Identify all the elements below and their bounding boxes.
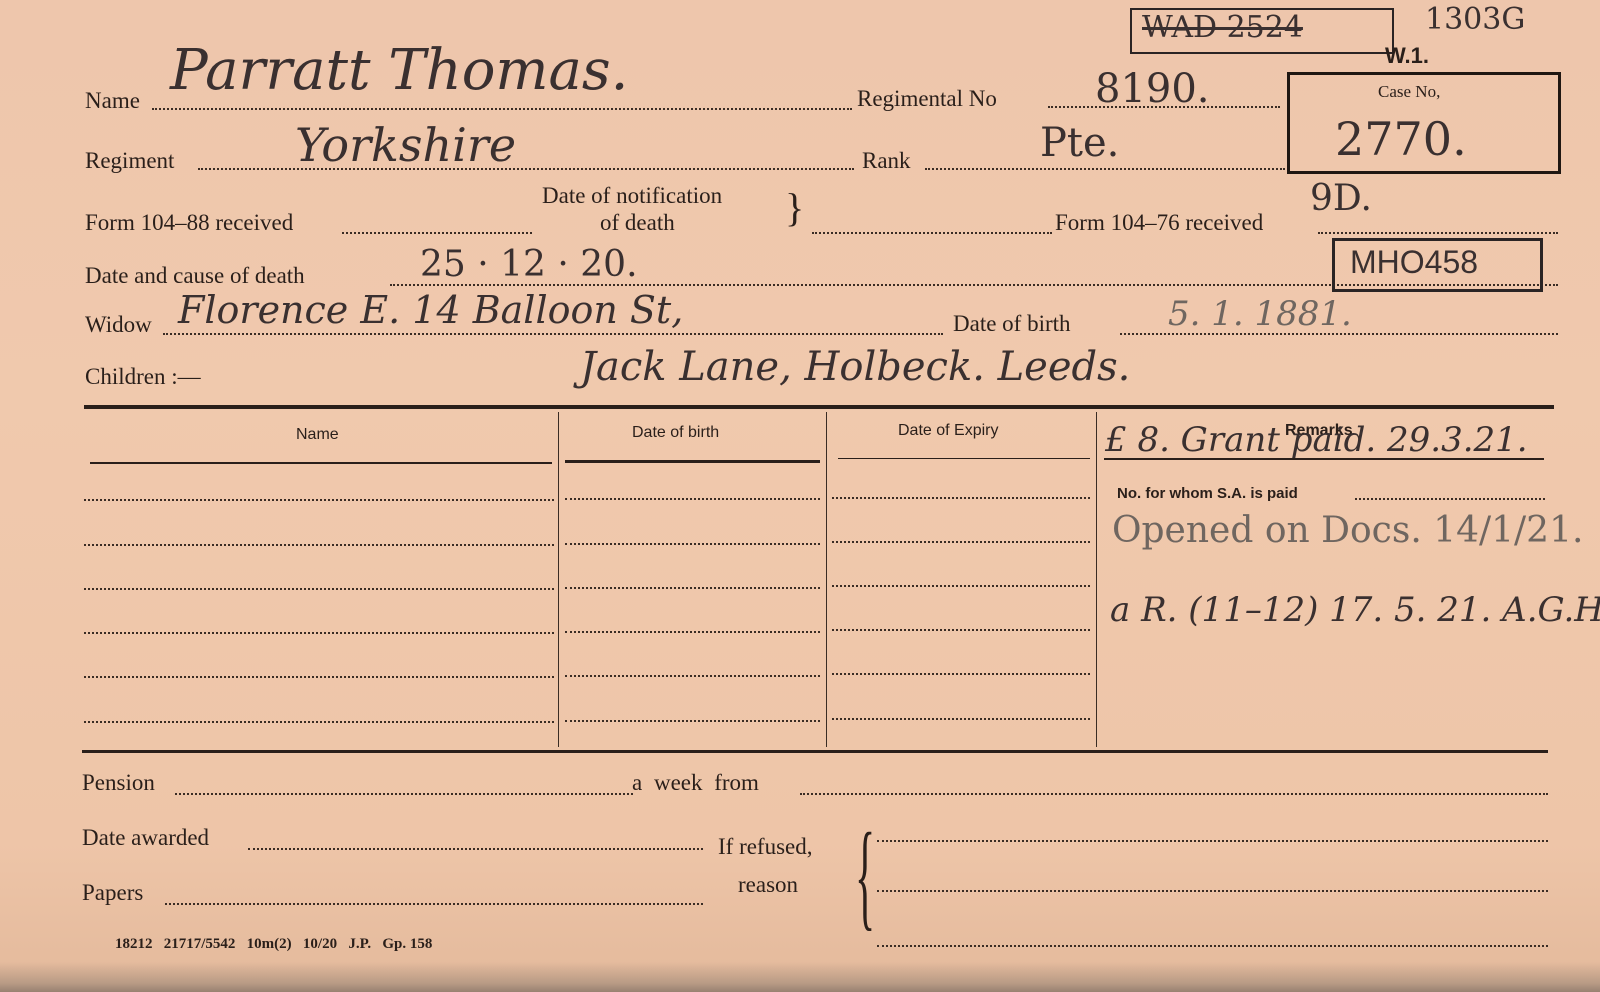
child-row-1-expiry bbox=[832, 497, 1090, 499]
col-divider-2 bbox=[826, 412, 827, 747]
reason-label: reason bbox=[738, 872, 798, 898]
child-row-4-name bbox=[84, 632, 554, 634]
child-row-3-name bbox=[84, 588, 554, 590]
remarks-underline bbox=[1104, 458, 1544, 460]
name-line bbox=[152, 108, 852, 110]
widow-line bbox=[163, 333, 943, 335]
form-104-88-line bbox=[342, 232, 532, 234]
dob-header-rule bbox=[565, 460, 820, 463]
child-row-1-dob bbox=[565, 498, 820, 500]
address-line: Jack Lane, Holbeck. Leeds. bbox=[580, 344, 1130, 390]
refused-line-3 bbox=[877, 945, 1548, 947]
form-104-76-value: 9D. bbox=[1310, 178, 1372, 219]
child-row-4-dob bbox=[565, 631, 820, 633]
papers-label: Papers bbox=[82, 880, 143, 906]
remarks-ar-line: a R. (11–12) 17. 5. 21. A.G.H. bbox=[1110, 590, 1600, 630]
week-from-line bbox=[800, 793, 1548, 795]
child-row-6-name bbox=[84, 721, 554, 723]
regimental-no-label: Regimental No bbox=[857, 86, 997, 112]
widow-value: Florence E. 14 Balloon St, bbox=[178, 288, 683, 332]
pension-record-card: WAD 2524 1303G W.1. Case No, 2770. Name … bbox=[0, 0, 1600, 992]
stamp-reference: MHO458 bbox=[1350, 244, 1478, 281]
notification-label-line2: of death bbox=[600, 210, 675, 236]
child-row-5-name bbox=[84, 676, 554, 678]
struck-reference: WAD 2524 bbox=[1142, 10, 1303, 45]
name-value: Parratt Thomas. bbox=[170, 38, 628, 103]
child-row-2-expiry bbox=[832, 541, 1090, 543]
regiment-value: Yorkshire bbox=[295, 118, 516, 172]
name-header-rule bbox=[90, 462, 552, 464]
week-from-label: a week from bbox=[632, 770, 759, 796]
rank-label: Rank bbox=[862, 148, 911, 174]
widow-dob-value: 5. 1. 1881. bbox=[1168, 294, 1352, 334]
widow-dob-label: Date of birth bbox=[953, 311, 1071, 337]
date-awarded-label: Date awarded bbox=[82, 825, 209, 851]
notification-label-line1: Date of notification bbox=[542, 183, 722, 209]
refused-brace: { bbox=[855, 810, 875, 940]
case-number-label: Case No, bbox=[1378, 82, 1440, 102]
notification-brace: } bbox=[785, 186, 804, 230]
pension-label: Pension bbox=[82, 770, 155, 796]
notification-line bbox=[812, 232, 1052, 234]
name-label: Name bbox=[85, 88, 140, 114]
regimental-no-value: 8190. bbox=[1095, 66, 1210, 112]
children-col-dob-header: Date of birth bbox=[632, 424, 719, 442]
death-label: Date and cause of death bbox=[85, 263, 305, 289]
remarks-opened-line: Opened on Docs. 14/1/21. bbox=[1112, 510, 1583, 551]
child-row-2-dob bbox=[565, 543, 820, 545]
rank-value: Pte. bbox=[1040, 120, 1119, 166]
edge-stain bbox=[0, 962, 1600, 992]
col-divider-1 bbox=[558, 412, 559, 747]
refused-line-2 bbox=[877, 890, 1548, 892]
child-row-1-name bbox=[84, 499, 554, 501]
regiment-label: Regiment bbox=[85, 148, 174, 174]
child-row-2-name bbox=[84, 544, 554, 546]
form-104-76-line bbox=[1318, 232, 1558, 234]
table-bottom-rule bbox=[82, 750, 1548, 753]
child-row-5-dob bbox=[565, 675, 820, 677]
date-awarded-line bbox=[248, 848, 703, 850]
table-top-rule bbox=[84, 405, 1554, 409]
death-value: 25 · 12 · 20. bbox=[420, 244, 638, 285]
form-104-88-label: Form 104–88 received bbox=[85, 210, 293, 236]
top-reference-note: 1303G bbox=[1425, 2, 1525, 37]
children-label: Children :— bbox=[85, 364, 201, 390]
refused-line-1 bbox=[877, 840, 1548, 842]
papers-line bbox=[165, 903, 703, 905]
print-code: 18212 21717/5542 10m(2) 10/20 J.P. Gp. 1… bbox=[115, 936, 432, 953]
if-refused-label: If refused, bbox=[718, 834, 813, 860]
form-code: W.1. bbox=[1385, 43, 1429, 69]
children-col-name-header: Name bbox=[296, 426, 339, 444]
pension-line bbox=[175, 793, 633, 795]
widow-label: Widow bbox=[85, 312, 152, 338]
col-divider-3 bbox=[1096, 412, 1097, 747]
child-row-5-expiry bbox=[832, 673, 1090, 675]
remarks-grant-line: £ 8. Grant paid. 29.3.21. bbox=[1105, 420, 1528, 460]
child-row-4-expiry bbox=[832, 629, 1090, 631]
child-row-6-dob bbox=[565, 720, 820, 722]
child-row-3-expiry bbox=[832, 585, 1090, 587]
rank-line bbox=[925, 168, 1285, 170]
case-number-value: 2770. bbox=[1335, 112, 1467, 166]
sa-paid-line bbox=[1355, 498, 1545, 500]
child-row-3-dob bbox=[565, 587, 820, 589]
sa-paid-label: No. for whom S.A. is paid bbox=[1117, 485, 1298, 502]
child-row-6-expiry bbox=[832, 718, 1090, 720]
form-104-76-label: Form 104–76 received bbox=[1055, 210, 1263, 236]
expiry-header-rule bbox=[838, 458, 1090, 459]
children-col-expiry-header: Date of Expiry bbox=[898, 422, 998, 440]
